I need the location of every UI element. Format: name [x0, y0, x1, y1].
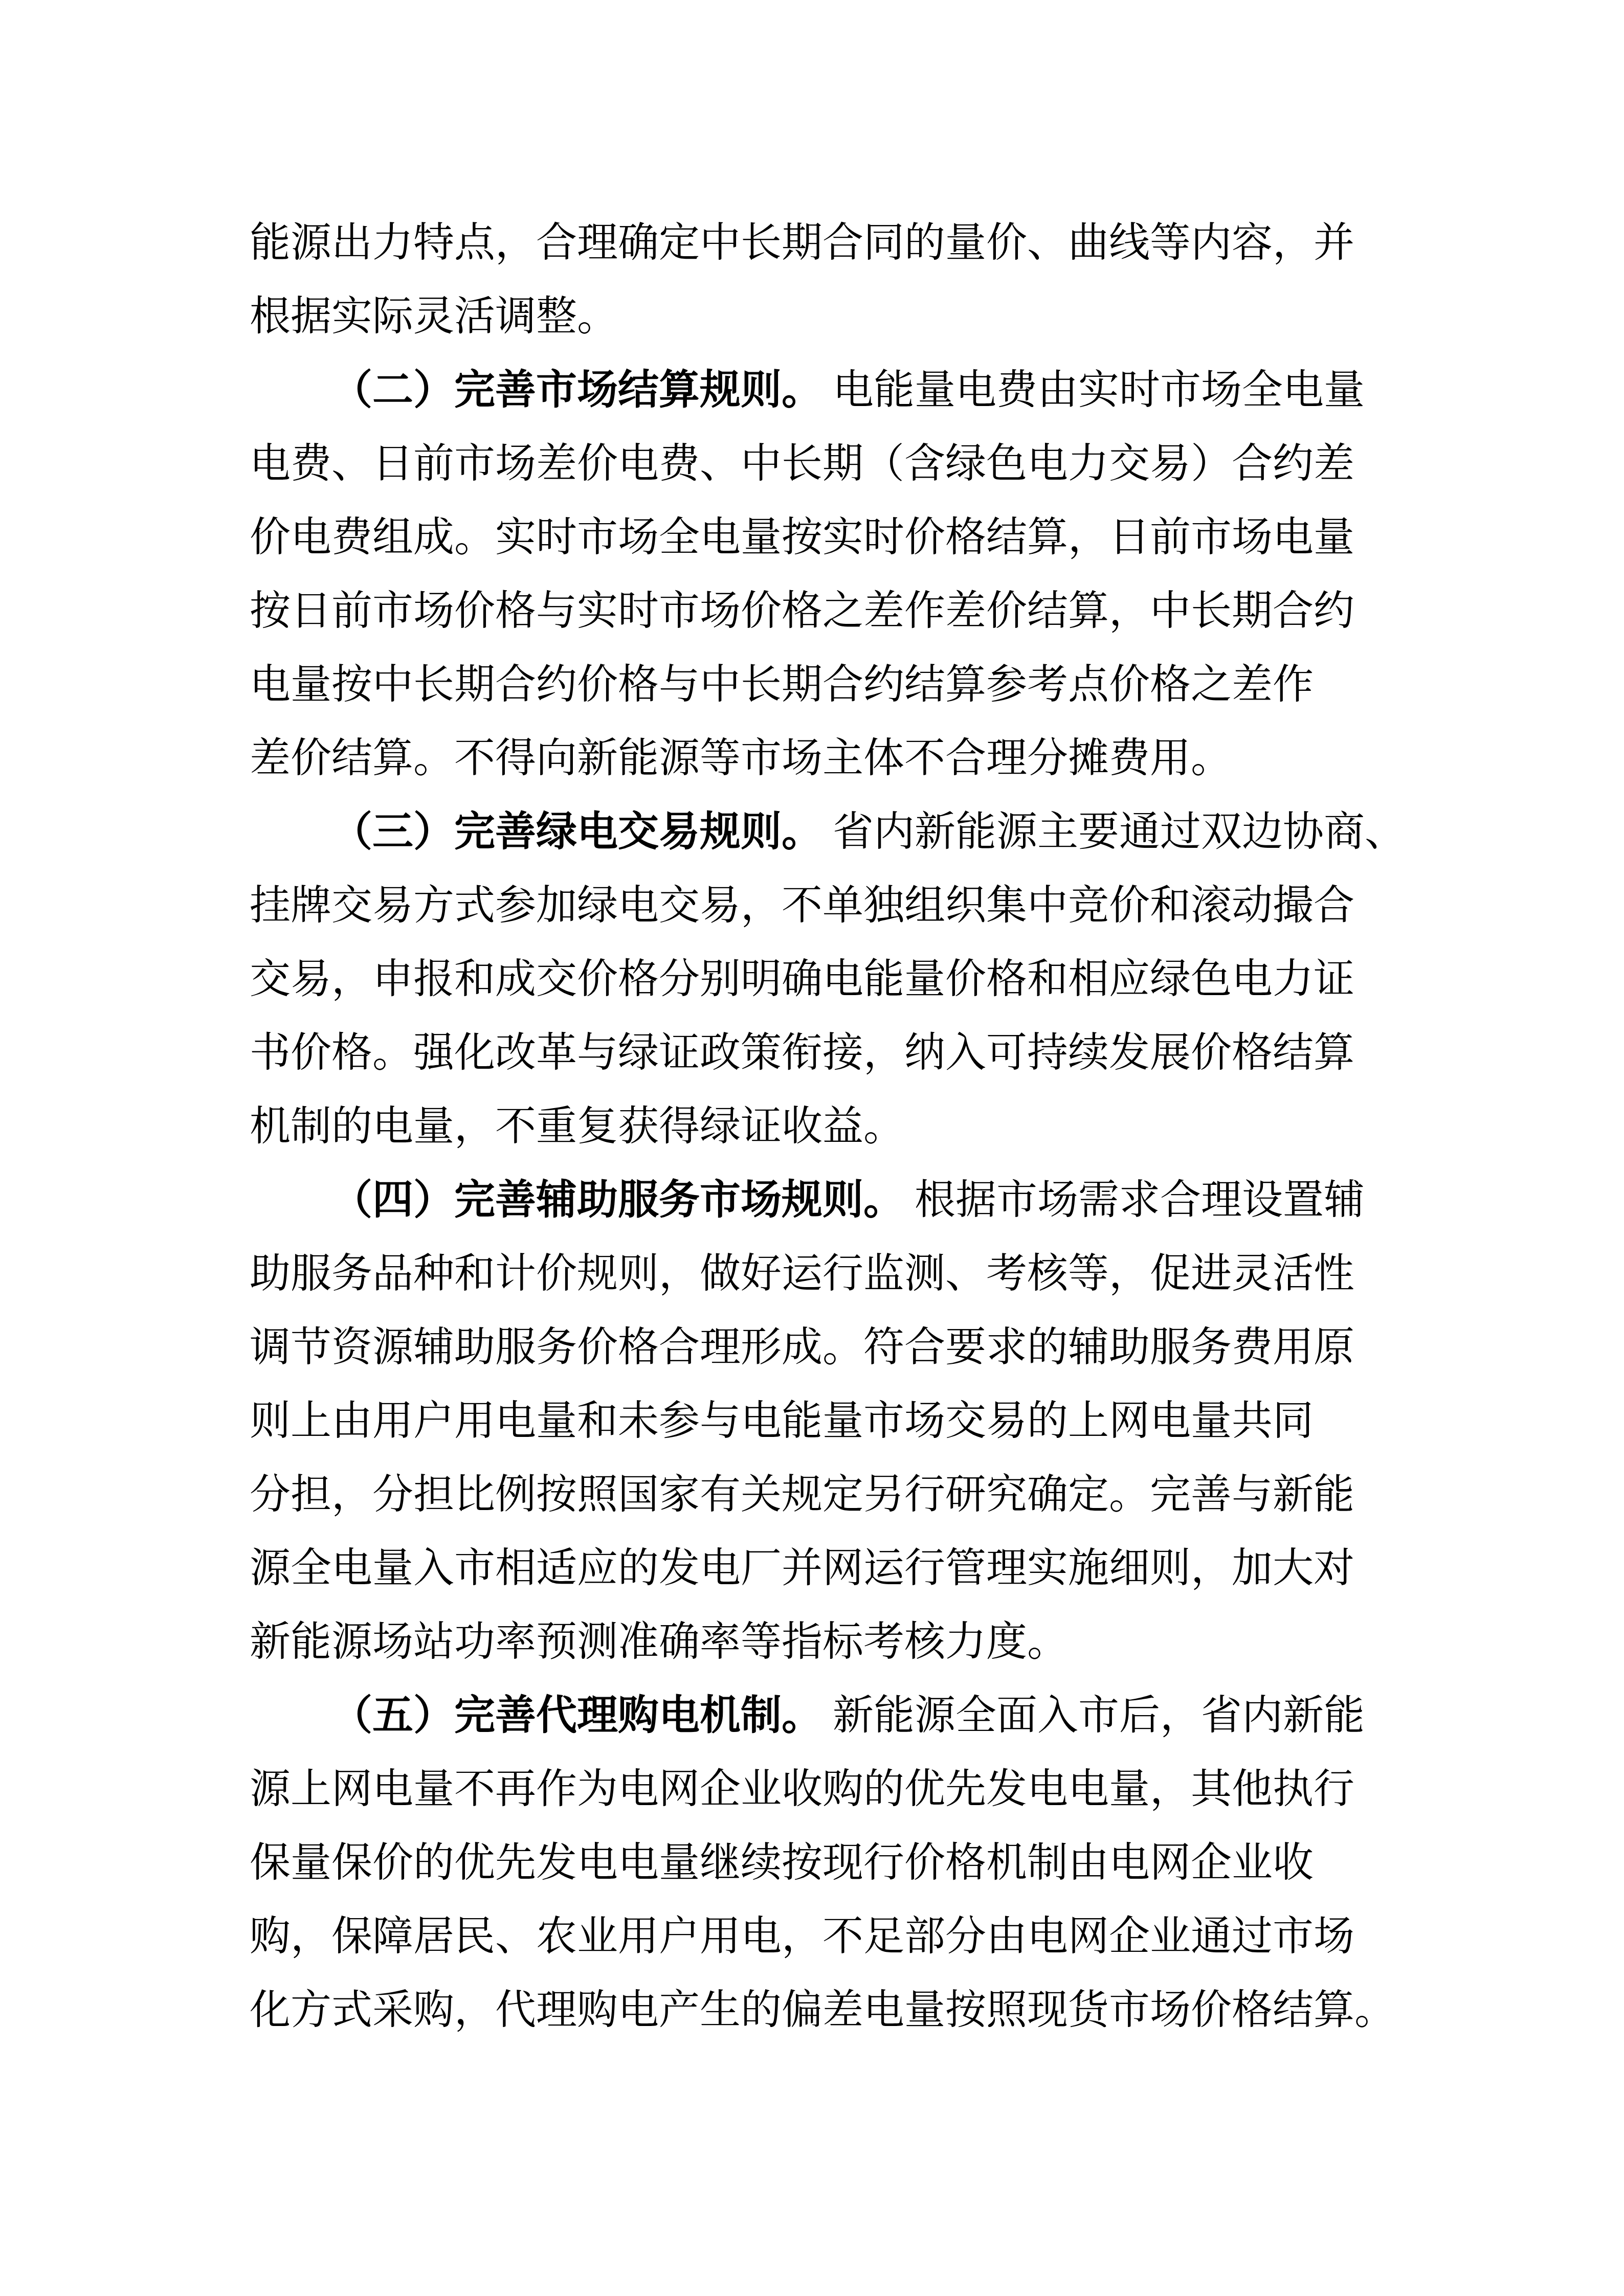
text-line: （二）完善市场结算规则。 电能量电费由实时市场全电量 [250, 353, 1503, 427]
body-text: 省内新能源主要通过双边协商、 [833, 809, 1406, 854]
text-line: 按日前市场价格与实时市场价格之差作差价结算，中长期合约 [250, 574, 1503, 648]
text-line: 调节资源辅助服务价格合理形成。符合要求的辅助服务费用原 [250, 1311, 1503, 1384]
body-text: 根据市场需求合理设置辅 [915, 1178, 1365, 1223]
body-text: 按日前市场价格与实时市场价格之差作差价结算，中长期合约 [250, 589, 1354, 634]
body-text: 化方式采购，代理购电产生的偏差电量按照现货市场价格结算。 [250, 1988, 1395, 2033]
section-heading: （三）完善绿电交易规则。 [331, 809, 822, 854]
body-text: 分担，分担比例按照国家有关规定另行研究确定。完善与新能 [250, 1472, 1354, 1517]
body-text: 新能源全面入市后，省内新能 [833, 1693, 1365, 1738]
text-line: 电量按中长期合约价格与中长期合约结算参考点价格之差作 [250, 648, 1503, 722]
text-line: 新能源场站功率预测准确率等指标考核力度。 [250, 1605, 1503, 1679]
text-line: 价电费组成。实时市场全电量按实时价格结算，日前市场电量 [250, 501, 1503, 574]
text-line: 则上由用户用电量和未参与电能量市场交易的上网电量共同 [250, 1384, 1503, 1458]
text-line: 源上网电量不再作为电网企业收购的优先发电电量，其他执行 [250, 1752, 1503, 1826]
body-text: 购，保障居民、农业用户用电，不足部分由电网企业通过市场 [250, 1914, 1354, 1959]
body-text: 助服务品种和计价规则，做好运行监测、考核等，促进灵活性 [250, 1251, 1354, 1296]
section-heading: （五）完善代理购电机制。 [331, 1693, 822, 1738]
text-line: 助服务品种和计价规则，做好运行监测、考核等，促进灵活性 [250, 1237, 1503, 1311]
body-text: 交易，申报和成交价格分别明确电能量价格和相应绿色电力证 [250, 957, 1354, 1002]
text-line: 购，保障居民、农业用户用电，不足部分由电网企业通过市场 [250, 1900, 1503, 1973]
text-line: 根据实际灵活调整。 [250, 280, 1503, 353]
text-line: 差价结算。不得向新能源等市场主体不合理分摊费用。 [250, 722, 1503, 795]
body-text: 源全电量入市相适应的发电厂并网运行管理实施细则，加大对 [250, 1546, 1354, 1591]
text-line: 挂牌交易方式参加绿电交易，不单独组织集中竞价和滚动撮合 [250, 869, 1503, 942]
text-line: 化方式采购，代理购电产生的偏差电量按照现货市场价格结算。 [250, 1973, 1503, 2047]
text-line: 保量保价的优先发电电量继续按现行价格机制由电网企业收 [250, 1826, 1503, 1900]
text-line: 交易，申报和成交价格分别明确电能量价格和相应绿色电力证 [250, 942, 1503, 1016]
text-line: 能源出力特点，合理确定中长期合同的量价、曲线等内容，并 [250, 206, 1503, 280]
body-text: 书价格。强化改革与绿证政策衔接，纳入可持续发展价格结算 [250, 1030, 1354, 1075]
body-text: 调节资源辅助服务价格合理形成。符合要求的辅助服务费用原 [250, 1325, 1354, 1370]
text-line: 书价格。强化改革与绿证政策衔接，纳入可持续发展价格结算 [250, 1016, 1503, 1090]
body-text: 则上由用户用电量和未参与电能量市场交易的上网电量共同 [250, 1399, 1314, 1444]
document-body: 能源出力特点，合理确定中长期合同的量价、曲线等内容，并 根据实际灵活调整。 （二… [250, 206, 1503, 2047]
body-text: 电能量电费由实时市场全电量 [833, 368, 1365, 413]
text-line: （五）完善代理购电机制。 新能源全面入市后，省内新能 [250, 1679, 1503, 1752]
text-line: （三）完善绿电交易规则。 省内新能源主要通过双边协商、 [250, 795, 1503, 869]
body-text: 新能源场站功率预测准确率等指标考核力度。 [250, 1619, 1068, 1664]
body-text: 电费、日前市场差价电费、中长期（含绿色电力交易）合约差 [250, 441, 1354, 486]
text-line: 机制的电量，不重复获得绿证收益。 [250, 1090, 1503, 1163]
body-text: 机制的电量，不重复获得绿证收益。 [250, 1104, 904, 1149]
body-text: 价电费组成。实时市场全电量按实时价格结算，日前市场电量 [250, 515, 1354, 560]
body-text: 根据实际灵活调整。 [250, 294, 618, 339]
text-line: （四）完善辅助服务市场规则。 根据市场需求合理设置辅 [250, 1163, 1503, 1237]
section-heading: （四）完善辅助服务市场规则。 [331, 1178, 904, 1223]
text-line: 分担，分担比例按照国家有关规定另行研究确定。完善与新能 [250, 1458, 1503, 1532]
body-text: 源上网电量不再作为电网企业收购的优先发电电量，其他执行 [250, 1767, 1354, 1812]
body-text: 电量按中长期合约价格与中长期合约结算参考点价格之差作 [250, 662, 1314, 707]
section-heading: （二）完善市场结算规则。 [331, 368, 822, 413]
body-text: 能源出力特点，合理确定中长期合同的量价、曲线等内容，并 [250, 220, 1354, 265]
body-text: 保量保价的优先发电电量继续按现行价格机制由电网企业收 [250, 1840, 1314, 1885]
text-line: 源全电量入市相适应的发电厂并网运行管理实施细则，加大对 [250, 1532, 1503, 1605]
text-line: 电费、日前市场差价电费、中长期（含绿色电力交易）合约差 [250, 427, 1503, 501]
document-page: 能源出力特点，合理确定中长期合同的量价、曲线等内容，并 根据实际灵活调整。 （二… [0, 0, 1624, 2296]
body-text: 差价结算。不得向新能源等市场主体不合理分摊费用。 [250, 736, 1232, 781]
body-text: 挂牌交易方式参加绿电交易，不单独组织集中竞价和滚动撮合 [250, 883, 1354, 928]
